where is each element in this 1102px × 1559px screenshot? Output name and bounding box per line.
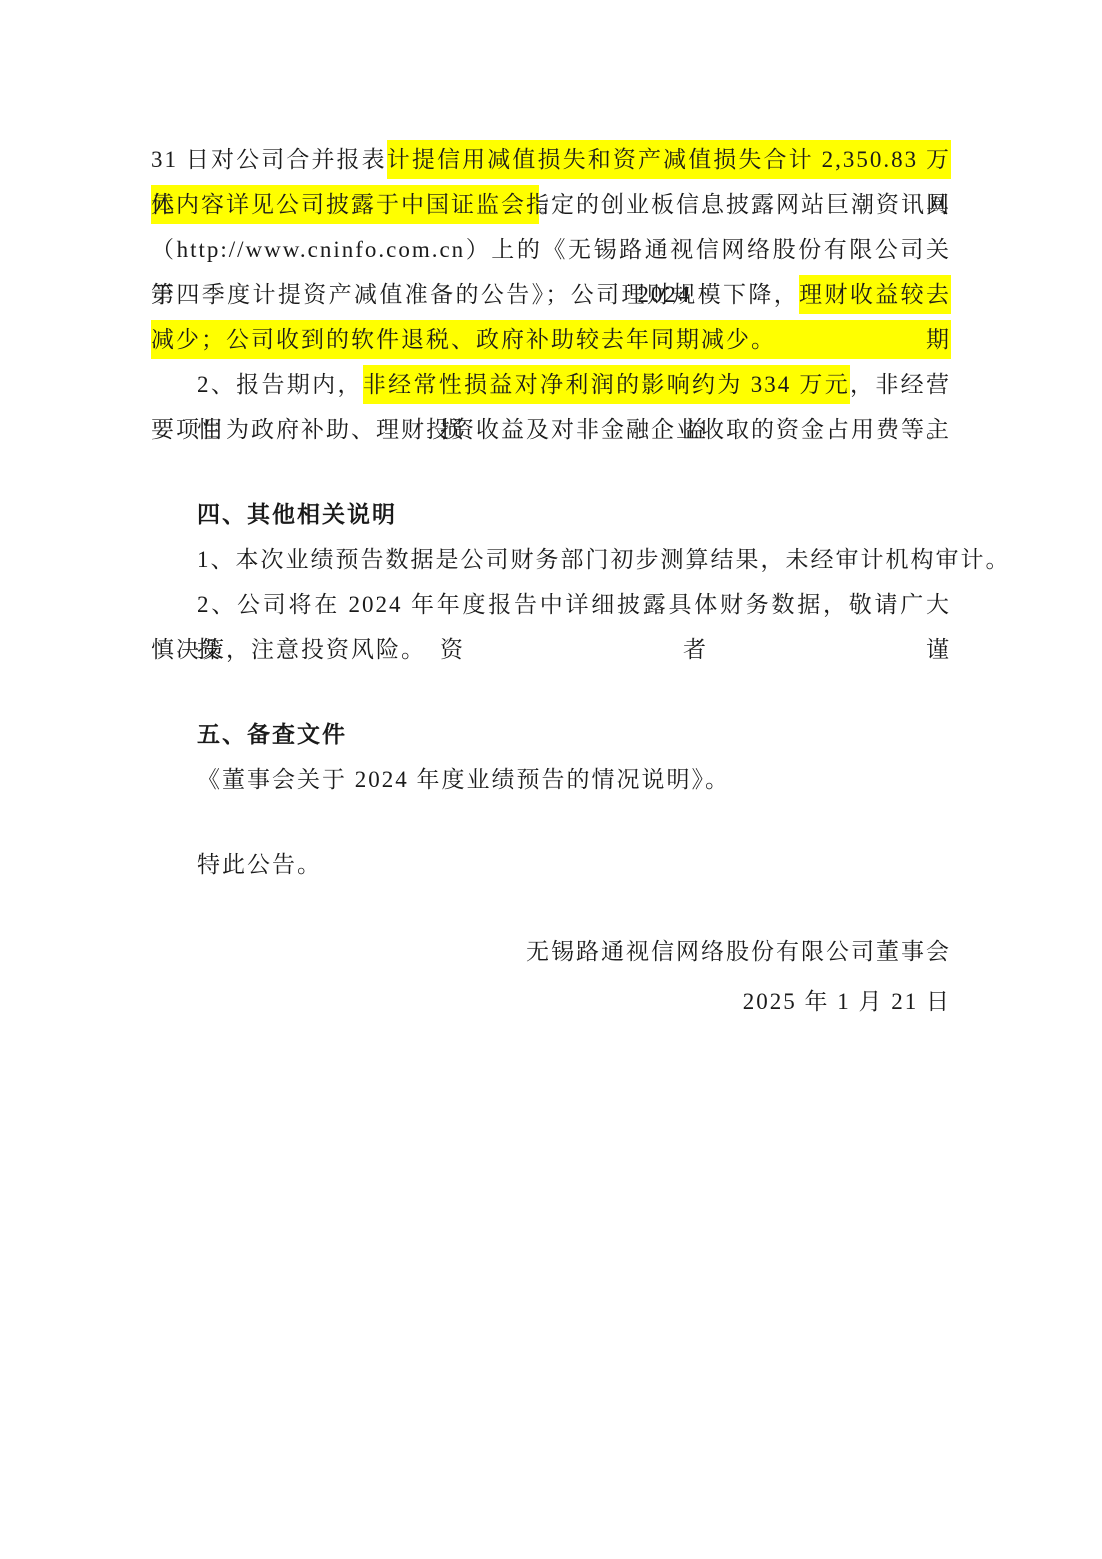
text-segment: 少；公司收到的 [176,327,351,352]
text-segment: 体内容详见公司披露于中国证监会指定的创业板信息披露网站巨潮资讯网 [151,192,951,217]
blank-line [151,452,951,492]
paragraph-nonrecurring-line-1: 2、报告期内，非经常性损益对净利润的影响约为 334 万元，非经营性损益主 [151,362,951,407]
paragraph-nonrecurring-line-2: 要项目为政府补助、理财投资收益及对非金融企业收取的资金占用费等。 [151,407,951,452]
text-segment: 31 日对公司合并报表 [151,147,387,172]
signature-board: 无锡路通视信网络股份有限公司董事会 [151,927,951,977]
text-segment: 无锡路通视信网络股份有限公司董事会 [526,939,951,964]
blank-line [151,887,951,927]
text-segment: 慎决策，注意投资风险。 [151,637,426,662]
text-segment: 。 [751,327,776,352]
text-segment: 1、本次业绩预告数据是公司财务部门初步测算结果，未经审计机构审计。 [197,547,1011,572]
text-segment: 要项目为政府补助、理财投资收益及对非金融企业收取的资金占用费等。 [151,417,951,442]
highlighted-text: 非经常性损益对净利润的影响约为 334 万元 [363,365,850,404]
highlighted-text: 软件退税、政府补助较去年同期减少 [351,320,751,359]
announcement-closing: 特此公告。 [151,842,951,887]
paragraph-impairment-line-4: 第四季度计提资产减值准备的公告》；公司理财规模下降，理财收益较去年同期 [151,272,951,317]
other-notes-item-2-line-1: 2、公司将在 2024 年年度报告中详细披露具体财务数据，敬请广大投资者谨 [151,582,951,627]
text-segment: 《董事会关于 2024 年度业绩预告的情况说明》。 [197,767,730,792]
reference-document-item: 《董事会关于 2024 年度业绩预告的情况说明》。 [151,757,951,802]
section-heading-other-notes: 四、其他相关说明 [151,492,951,537]
highlighted-text: 减 [151,320,176,359]
blank-line [151,672,951,712]
signature-date: 2025 年 1 月 21 日 [151,977,951,1027]
paragraph-impairment-line-1: 31 日对公司合并报表计提信用减值损失和资产减值损失合计 2,350.83 万元… [151,137,951,182]
announcement-page: 31 日对公司合并报表计提信用减值损失和资产减值损失合计 2,350.83 万元… [0,0,1102,1559]
document-body: 31 日对公司合并报表计提信用减值损失和资产减值损失合计 2,350.83 万元… [151,137,951,1027]
section-heading-reference-documents: 五、备查文件 [151,712,951,757]
text-segment: 五、备查文件 [197,722,347,747]
text-segment: 2025 年 1 月 21 日 [743,989,951,1014]
text-segment: 第四季度计提资产减值准备的公告》；公司理财规模下降， [151,282,799,307]
paragraph-impairment-line-3: （http://www.cninfo.com.cn）上的《无锡路通视信网络股份有… [151,227,951,272]
text-segment: 四、其他相关说明 [197,502,397,527]
paragraph-impairment-line-2: 体内容详见公司披露于中国证监会指定的创业板信息披露网站巨潮资讯网 [151,182,951,227]
blank-line [151,802,951,842]
text-segment: 2、报告期内， [197,372,363,397]
other-notes-item-1: 1、本次业绩预告数据是公司财务部门初步测算结果，未经审计机构审计。 [151,537,951,582]
text-segment: 特此公告。 [197,852,322,877]
